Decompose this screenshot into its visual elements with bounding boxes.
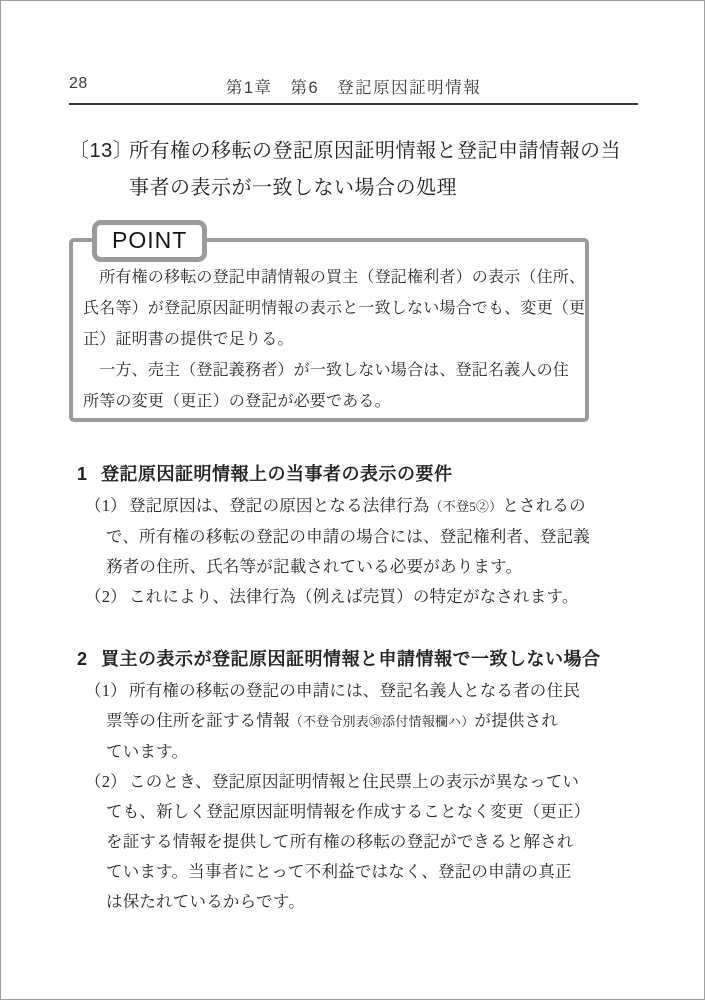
section-item: （2）このとき、登記原因証明情報と住民票上の表示が異なってい ても、新しく登記原… <box>69 767 629 917</box>
item-marker: （1） <box>85 676 129 706</box>
item-text: これにより、法律行為（例えば売買）の特定がなされます。 <box>129 587 579 606</box>
item-line: 票等の住所を証する情報（不登令別表㉚添付情報欄ハ）が提供され <box>69 706 629 737</box>
section-heading-text: 買主の表示が登記原因証明情報と申請情報で一致しない場合 <box>101 649 601 669</box>
section-number: 1 <box>77 459 101 489</box>
topic-title-text: 所有権の移転の登記原因証明情報と登記申請情報の当 <box>129 140 621 162</box>
running-header: 28 第1章 第6 登記原因証明情報 <box>69 74 638 98</box>
point-line: 所有権の移転の登記申請情報の買主（登記権利者）の表示（住所、 <box>83 262 579 293</box>
section-item: （1）所有権の移転の登記の申請には、登記名義人となる者の住民 票等の住所を証する… <box>69 676 629 767</box>
item-line: ています。当事者にとって不利益ではなく、登記の申請の真正 <box>69 857 629 887</box>
book-page: 28 第1章 第6 登記原因証明情報 〔13〕所有権の移転の登記原因証明情報と登… <box>0 0 705 1000</box>
point-line: 氏名等）が登記原因証明情報の表示と一致しない場合でも、変更（更 <box>83 293 579 324</box>
item-text: 票等の住所を証する情報 <box>106 711 290 730</box>
item-text: とされるの <box>502 496 586 515</box>
section-heading-text: 登記原因証明情報上の当事者の表示の要件 <box>101 464 453 484</box>
item-line: は保たれているからです。 <box>69 887 629 917</box>
item-marker: （2） <box>85 767 129 797</box>
item-line: （1）所有権の移転の登記の申請には、登記名義人となる者の住民 <box>69 676 629 706</box>
topic-number: 〔13〕 <box>69 133 129 170</box>
point-line: 正）証明書の提供で足りる。 <box>83 324 579 355</box>
item-line: を証する情報を提供して所有権の移転の登記ができると解され <box>69 827 629 857</box>
body-content: 1登記原因証明情報上の当事者の表示の要件 （1）登記原因は、登記の原因となる法律… <box>69 459 629 917</box>
law-reference: （不登5②） <box>430 499 503 514</box>
point-line: 一方、売主（登記義務者）が一致しない場合は、登記名義人の住 <box>83 355 579 386</box>
point-label: POINT <box>92 220 207 262</box>
topic-title: 〔13〕所有権の移転の登記原因証明情報と登記申請情報の当 事者の表示が一致しない… <box>69 133 629 207</box>
chapter-heading: 第1章 第6 登記原因証明情報 <box>69 74 638 98</box>
item-line: 務者の住所、氏名等が記載されている必要があります。 <box>69 552 629 582</box>
topic-title-line2: 事者の表示が一致しない場合の処理 <box>69 170 629 207</box>
law-reference: （不登令別表㉚添付情報欄ハ） <box>290 714 475 729</box>
section-item: （2）これにより、法律行為（例えば売買）の特定がなされます。 <box>69 582 629 612</box>
section-number: 2 <box>77 644 101 674</box>
item-line: （1）登記原因は、登記の原因となる法律行為（不登5②）とされるの <box>69 491 629 522</box>
header-rule <box>69 103 638 105</box>
item-marker: （2） <box>85 582 129 612</box>
item-line: （2）これにより、法律行為（例えば売買）の特定がなされます。 <box>69 582 629 612</box>
section-heading: 1登記原因証明情報上の当事者の表示の要件 <box>69 459 629 489</box>
item-text: このとき、登記原因証明情報と住民票上の表示が異なってい <box>129 772 579 791</box>
item-line: ても、新しく登記原因証明情報を作成することなく変更（更正） <box>69 797 629 827</box>
section-1: 1登記原因証明情報上の当事者の表示の要件 （1）登記原因は、登記の原因となる法律… <box>69 459 629 612</box>
item-line: ています。 <box>69 737 629 767</box>
item-text: 所有権の移転の登記の申請には、登記名義人となる者の住民 <box>129 681 580 700</box>
item-text: が提供され <box>475 711 559 730</box>
item-line: （2）このとき、登記原因証明情報と住民票上の表示が異なってい <box>69 767 629 797</box>
point-line: 所等の変更（更正）の登記が必要である。 <box>83 386 579 417</box>
item-line: で、所有権の移転の登記の申請の場合には、登記権利者、登記義 <box>69 522 629 552</box>
section-heading: 2買主の表示が登記原因証明情報と申請情報で一致しない場合 <box>69 644 629 674</box>
point-box: POINT 所有権の移転の登記申請情報の買主（登記権利者）の表示（住所、 氏名等… <box>69 238 589 422</box>
section-item: （1）登記原因は、登記の原因となる法律行為（不登5②）とされるの で、所有権の移… <box>69 491 629 582</box>
item-marker: （1） <box>85 491 129 521</box>
topic-title-line1: 〔13〕所有権の移転の登記原因証明情報と登記申請情報の当 <box>69 133 629 170</box>
item-text: 登記原因は、登記の原因となる法律行為 <box>129 496 430 515</box>
section-2: 2買主の表示が登記原因証明情報と申請情報で一致しない場合 （1）所有権の移転の登… <box>69 644 629 917</box>
point-text: 所有権の移転の登記申請情報の買主（登記権利者）の表示（住所、 氏名等）が登記原因… <box>73 242 585 417</box>
